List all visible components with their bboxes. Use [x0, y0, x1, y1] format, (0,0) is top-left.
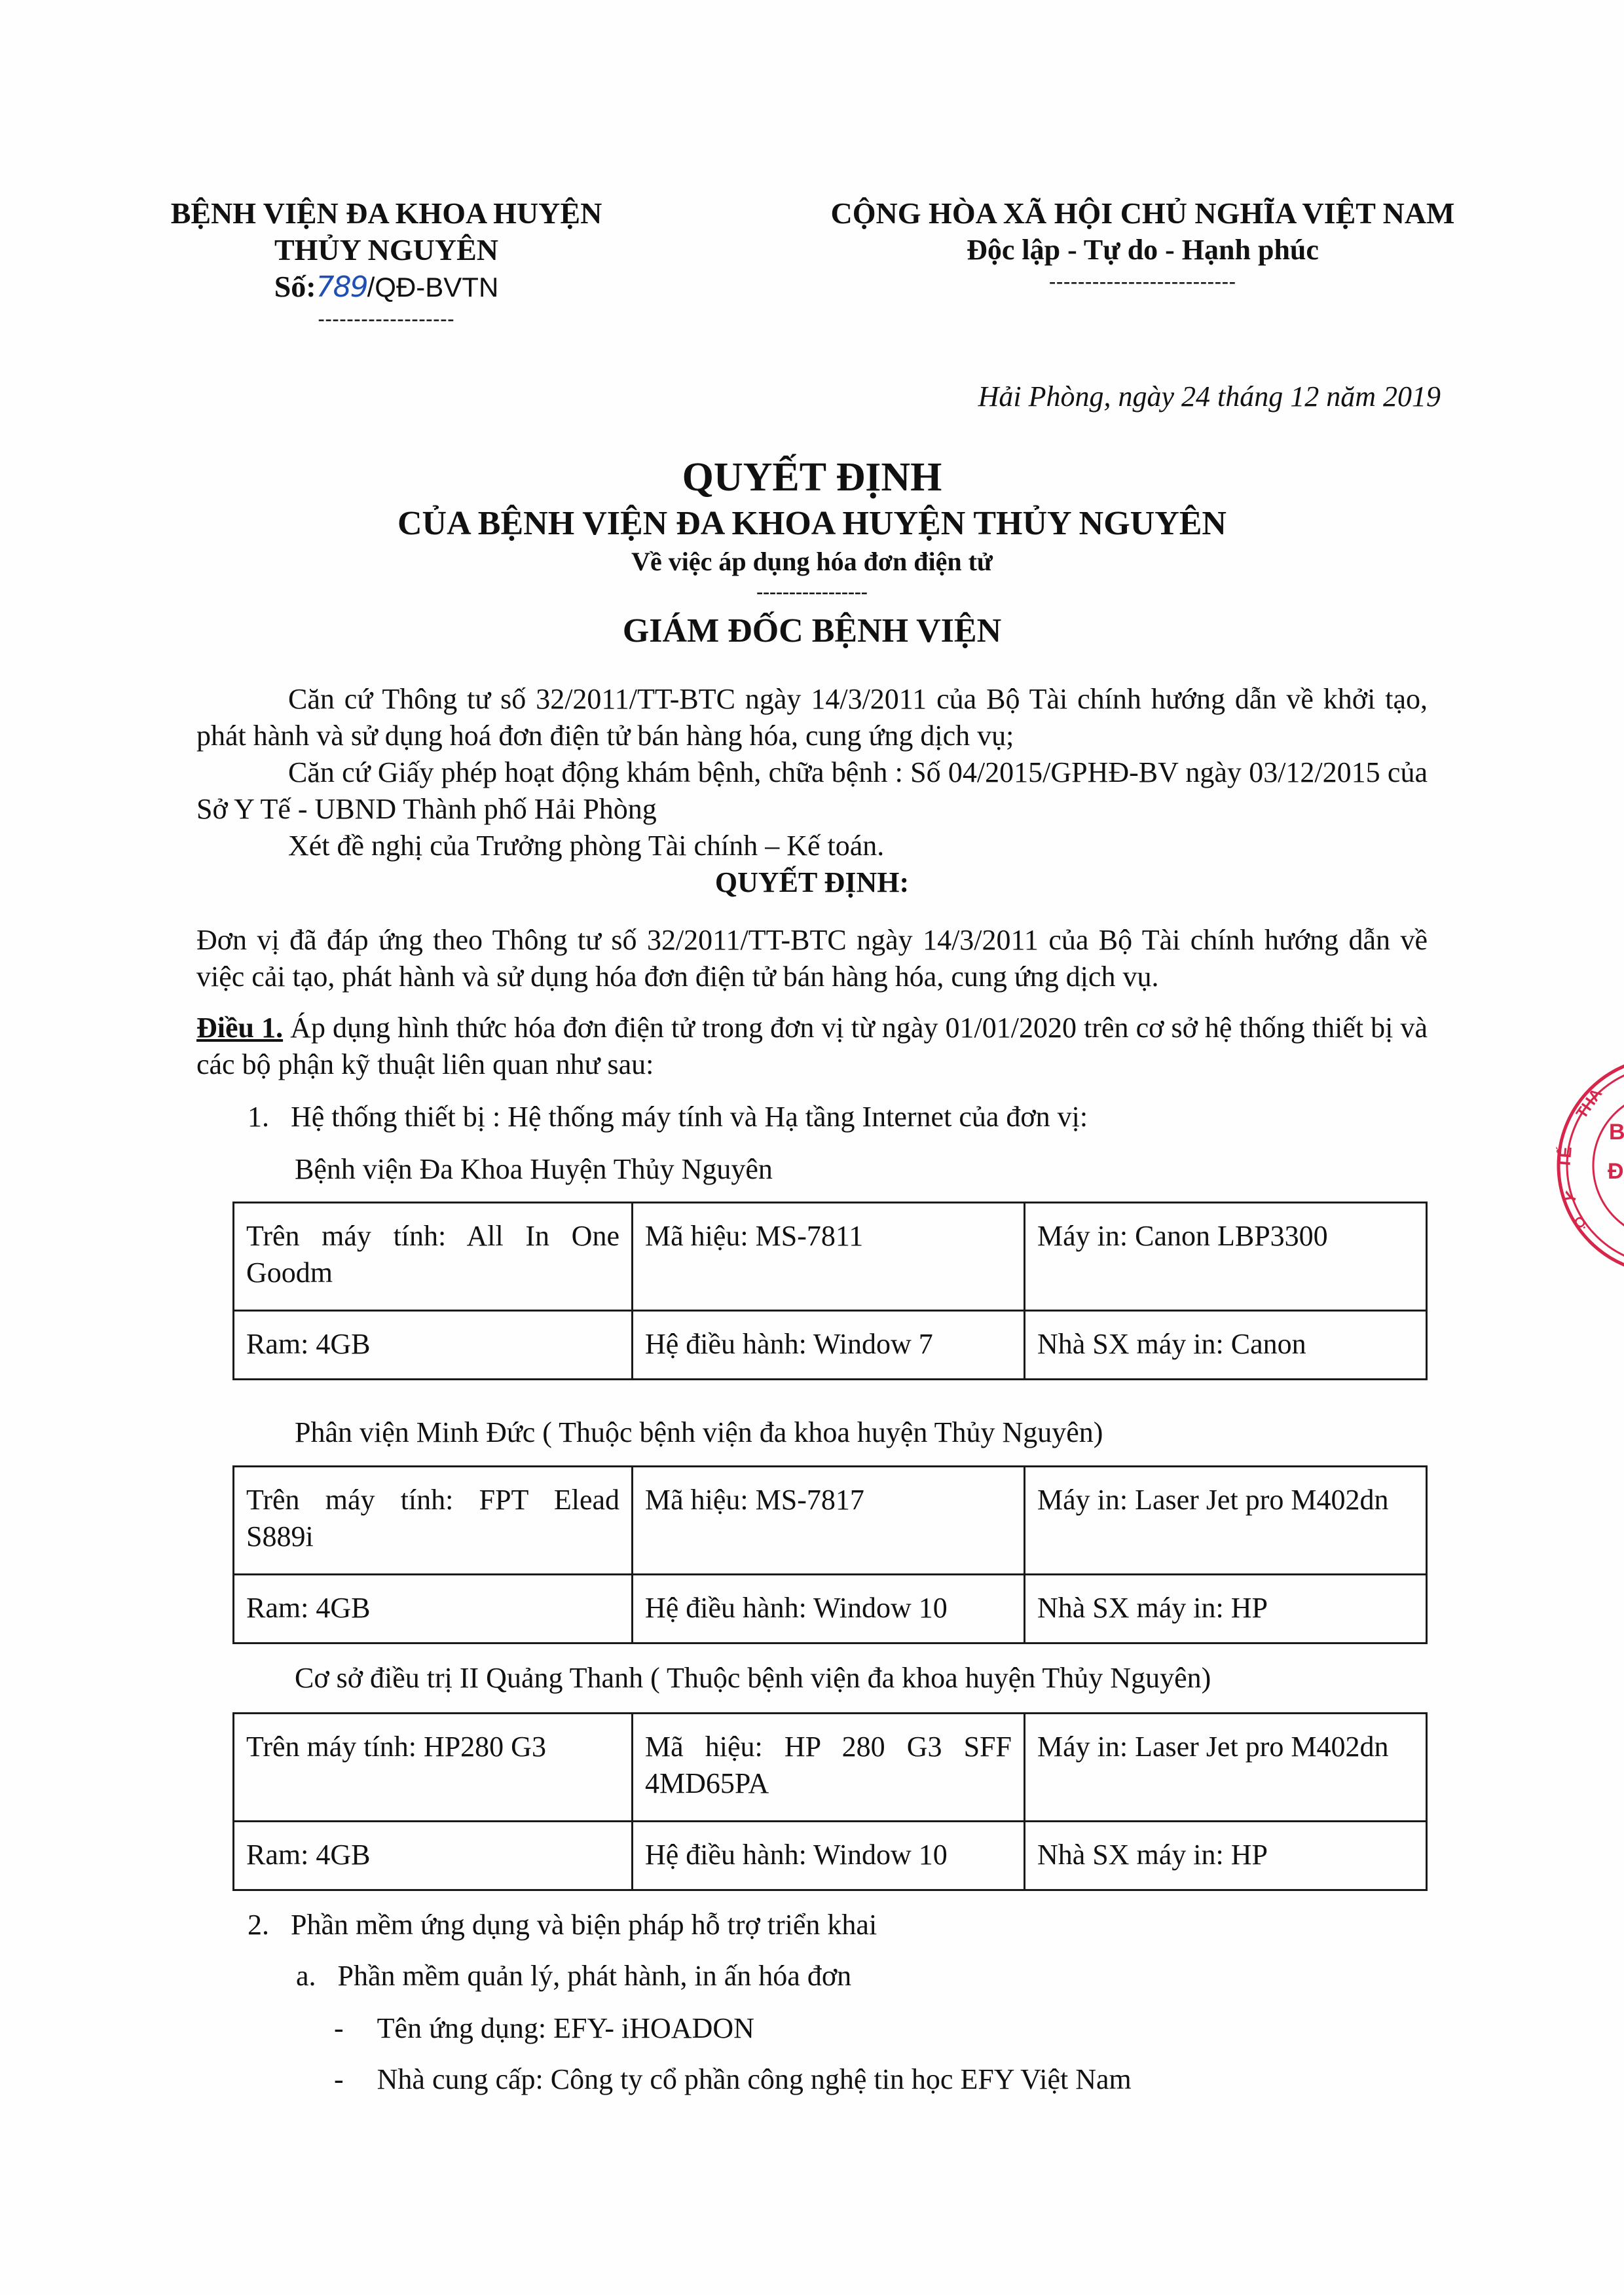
org-divider: ------------------- [131, 306, 642, 332]
number-code: /QĐ-BVTN [367, 272, 499, 303]
table-cell: Mã hiệu: HP 280 G3 SFF 4MD65PA [633, 1714, 1025, 1822]
equipment-table: Trên máy tính: FPT Elead S889i Mã hiệu: … [232, 1465, 1428, 1644]
list-item-2a: a. Phần mềm quản lý, phát hành, in ấn hó… [296, 1958, 1409, 1994]
preamble-clause: Căn cứ Giấy phép hoạt động khám bệnh, ch… [196, 754, 1428, 828]
bullet-marker: - [334, 2012, 344, 2044]
table-row: Ram: 4GB Hệ điều hành: Window 7 Nhà SX m… [234, 1311, 1427, 1380]
table-row: Ram: 4GB Hệ điều hành: Window 10 Nhà SX … [234, 1822, 1427, 1890]
table-cell: Trên máy tính: HP280 G3 [234, 1714, 633, 1822]
issuing-organization-block: BỆNH VIỆN ĐA KHOA HUYỆN THỦY NGUYÊN Số:7… [131, 195, 642, 332]
document-number: Số:789/QĐ-BVTN [131, 268, 642, 306]
document-type: QUYẾT ĐỊNH [196, 452, 1428, 503]
authority-heading: GIÁM ĐỐC BỆNH VIỆN [196, 608, 1428, 655]
svg-text:B: B [1609, 1120, 1624, 1145]
number-prefix: Số: [274, 270, 316, 303]
document-page: BỆNH VIỆN ĐA KHOA HUYỆN THỦY NGUYÊN Số:7… [0, 0, 1624, 2295]
list-item-1: 1. Hệ thống thiết bị : Hệ thống máy tính… [248, 1099, 1426, 1135]
equipment-table: Trên máy tính: HP280 G3 Mã hiệu: HP 280 … [232, 1712, 1428, 1891]
table-cell: Hệ điều hành: Window 10 [633, 1822, 1025, 1890]
article-1-label: Điều 1. [196, 1012, 283, 1044]
table-cell: Mã hiệu: MS-7811 [633, 1203, 1025, 1311]
bullet-item: - Nhà cung cấp: Công ty cổ phần công ngh… [334, 2061, 1382, 2098]
title-divider: ----------------- [196, 579, 1428, 605]
svg-text:TẾ: TẾ [1555, 1146, 1576, 1169]
table-cell: Máy in: Laser Jet pro M402dn [1025, 1467, 1427, 1575]
table-cell: Trên máy tính: FPT Elead S889i [234, 1467, 633, 1575]
place-date: Hải Phòng, ngày 24 tháng 12 năm 2019 [851, 378, 1441, 415]
bullet-text: Nhà cung cấp: Công ty cổ phần công nghệ … [377, 2063, 1132, 2095]
bullet-marker: - [334, 2063, 344, 2095]
svg-text:Đ: Đ [1608, 1159, 1624, 1184]
list-text: Hệ thống thiết bị : Hệ thống máy tính và… [291, 1101, 1088, 1133]
list-number: 1. [248, 1101, 269, 1133]
preamble-clause: Xét đề nghị của Trưởng phòng Tài chính –… [196, 828, 1428, 864]
document-subject: Về việc áp dụng hóa đơn điện tử [196, 545, 1428, 579]
list-number: 2. [248, 1909, 269, 1941]
table-cell: Nhà SX máy in: HP [1025, 1822, 1427, 1890]
table-cell: Mã hiệu: MS-7817 [633, 1467, 1025, 1575]
national-header-block: CỘNG HÒA XÃ HỘI CHỦ NGHĨA VIỆT NAM Độc l… [792, 195, 1493, 295]
list-text: Phần mềm quản lý, phát hành, in ấn hóa đ… [338, 1960, 852, 1992]
title-block: QUYẾT ĐỊNH CỦA BỆNH VIỆN ĐA KHOA HUYỆN T… [196, 452, 1428, 655]
svg-text:Ọ: Ọ [1570, 1213, 1589, 1232]
nation-name: CỘNG HÒA XÃ HỘI CHỦ NGHĨA VIỆT NAM [792, 195, 1493, 232]
bullet-text: Tên ứng dụng: EFY- iHOADON [377, 2012, 754, 2044]
article-1: Điều 1. Áp dụng hình thức hóa đơn điện t… [196, 1010, 1428, 1083]
table-cell: Nhà SX máy in: HP [1025, 1575, 1427, 1643]
table-row: Trên máy tính: FPT Elead S889i Mã hiệu: … [234, 1467, 1427, 1575]
official-seal-stamp-icon: Y TẾ THÀ B Đ Ọ [1555, 1054, 1624, 1277]
table-cell: Máy in: Laser Jet pro M402dn [1025, 1714, 1427, 1822]
bullet-item: - Tên ứng dụng: EFY- iHOADON [334, 2010, 1382, 2047]
handwritten-number: 789 [316, 270, 367, 304]
statement: Đơn vị đã đáp ứng theo Thông tư số 32/20… [196, 922, 1428, 995]
article-1-text: Áp dụng hình thức hóa đơn điện tử trong … [196, 1012, 1428, 1080]
table-cell: Ram: 4GB [234, 1311, 633, 1380]
decision-heading: QUYẾT ĐỊNH: [196, 864, 1428, 901]
equipment-table: Trên máy tính: All In One Goodm Mã hiệu:… [232, 1202, 1428, 1380]
preamble: Căn cứ Thông tư số 32/2011/TT-BTC ngày 1… [196, 681, 1428, 901]
preamble-clause: Căn cứ Thông tư số 32/2011/TT-BTC ngày 1… [196, 681, 1428, 754]
list-item-2: 2. Phần mềm ứng dụng và biện pháp hỗ trợ… [248, 1907, 1426, 1943]
list-text: Phần mềm ứng dụng và biện pháp hỗ trợ tr… [291, 1909, 877, 1941]
org-name-line2: THỦY NGUYÊN [131, 232, 642, 268]
table-cell: Ram: 4GB [234, 1575, 633, 1643]
table-row: Trên máy tính: HP280 G3 Mã hiệu: HP 280 … [234, 1714, 1427, 1822]
list-letter: a. [296, 1960, 316, 1992]
table-cell: Hệ điều hành: Window 7 [633, 1311, 1025, 1380]
org-name-line1: BỆNH VIỆN ĐA KHOA HUYỆN [131, 195, 642, 232]
table-cell: Trên máy tính: All In One Goodm [234, 1203, 633, 1311]
issuer-title: CỦA BỆNH VIỆN ĐA KHOA HUYỆN THỦY NGUYÊN [196, 503, 1428, 545]
national-motto: Độc lập - Tự do - Hạnh phúc [792, 232, 1493, 268]
table-cell: Ram: 4GB [234, 1822, 633, 1890]
nation-divider: -------------------------- [792, 268, 1493, 295]
table-cell: Nhà SX máy in: Canon [1025, 1311, 1427, 1380]
table-row: Trên máy tính: All In One Goodm Mã hiệu:… [234, 1203, 1427, 1311]
site-caption: Bệnh viện Đa Khoa Huyện Thủy Nguyên [295, 1151, 773, 1188]
table-cell: Máy in: Canon LBP3300 [1025, 1203, 1427, 1311]
table-cell: Hệ điều hành: Window 10 [633, 1575, 1025, 1643]
table-row: Ram: 4GB Hệ điều hành: Window 10 Nhà SX … [234, 1575, 1427, 1643]
site-caption: Cơ sở điều trị II Quảng Thanh ( Thuộc bệ… [295, 1660, 1211, 1697]
site-caption: Phân viện Minh Đức ( Thuộc bệnh viện đa … [295, 1414, 1103, 1451]
